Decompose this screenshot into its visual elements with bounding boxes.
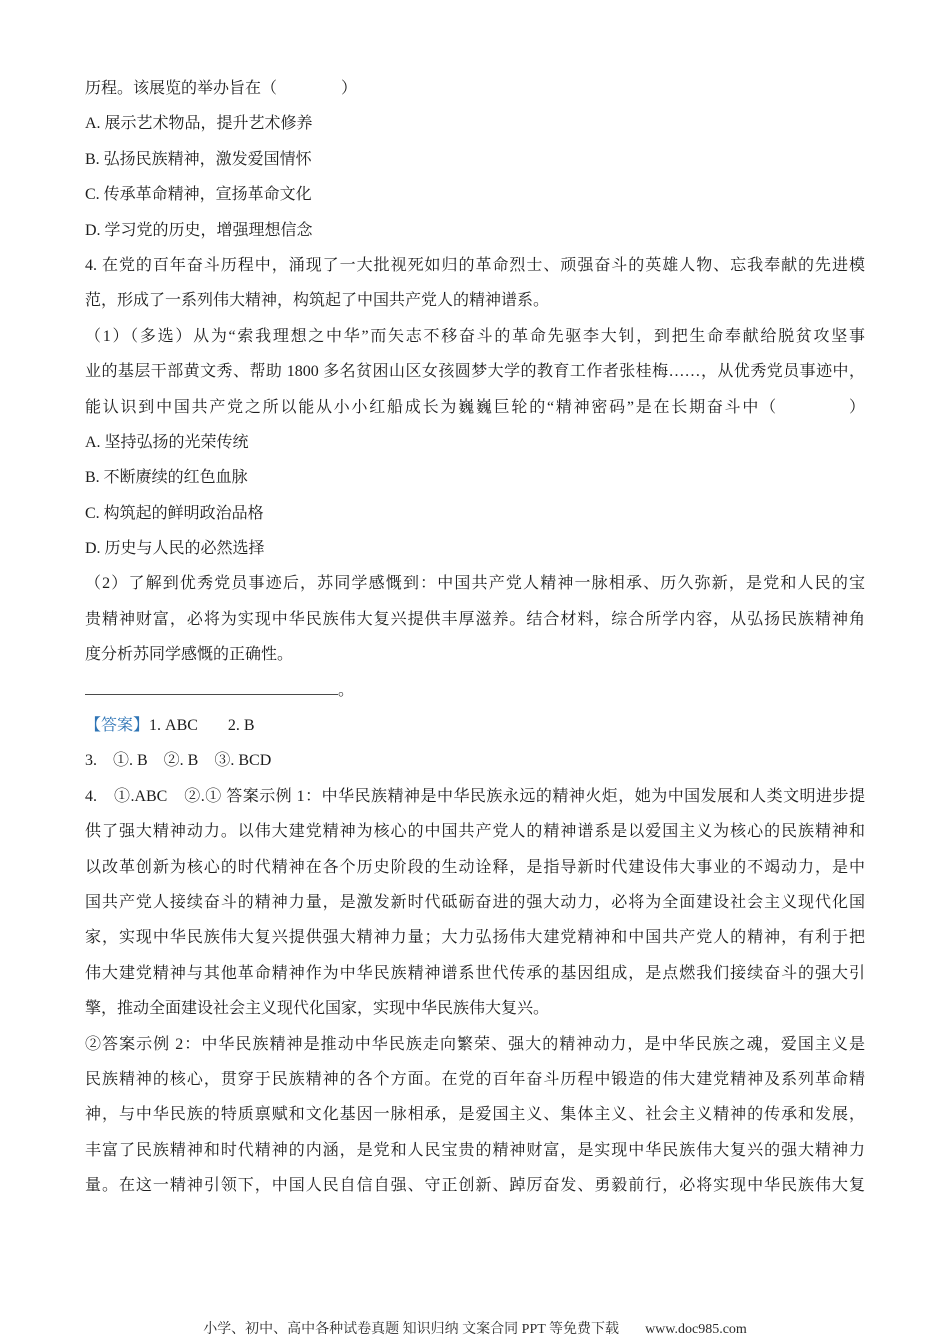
- answers-q4-line: 丰富了民族精神和时代精神的内涵，是党和人民宝贵的精神财富，是实现中华民族伟大复兴…: [85, 1133, 865, 1168]
- q3-option-b: B. 弘扬民族精神，激发爱国情怀: [85, 142, 865, 177]
- answers-q4-line: 量。在这一精神引领下，中国人民自信自强、守正创新、踔厉奋发、勇毅前行，必将实现中…: [85, 1168, 865, 1203]
- answer-q2: 2. B: [228, 717, 255, 734]
- blank-period: 。: [338, 682, 354, 699]
- q3-option-c: C. 传承革命精神，宣扬革命文化: [85, 177, 865, 212]
- q3-option-a: A. 展示艺术物品，提升艺术修养: [85, 106, 865, 141]
- answers-q3: 3. ①. B ②. B ③. BCD: [85, 743, 865, 778]
- q4-part1-option-c: C. 构筑起的鲜明政治品格: [85, 496, 865, 531]
- answers-q4-line: 擎，推动全面建设社会主义现代化国家，实现中华民族伟大复兴。: [85, 991, 865, 1026]
- q4-stem-line: 4. 在党的百年奋斗历程中，涌现了一大批视死如归的革命烈士、顽强奋斗的英雄人物、…: [85, 248, 865, 283]
- answers-q4-line: 以改革创新为核心的时代精神在各个历史阶段的生动诠释，是指导新时代建设伟大事业的不…: [85, 850, 865, 885]
- page-footer: 小学、初中、高中各种试卷真题 知识归纳 文案合同 PPT 等免费下载www.do…: [0, 1318, 950, 1338]
- q4-part1-option-b: B. 不断赓续的红色血脉: [85, 460, 865, 495]
- answer-blank-line: 。: [85, 673, 865, 708]
- footer-site-link[interactable]: www.doc985.com: [645, 1322, 747, 1337]
- answers-q4-line: 家，实现中华民族伟大复兴提供强大精神力量；大力弘扬伟大建党精神和中国共产党人的精…: [85, 920, 865, 955]
- document-content: 历程。该展览的举办旨在（ ） A. 展示艺术物品，提升艺术修养 B. 弘扬民族精…: [85, 71, 865, 1204]
- q4-part2-line: 贵精神财富，必将为实现中华民族伟大复兴提供丰厚滋养。结合材料，综合所学内容，从弘…: [85, 602, 865, 637]
- q4-part2-line: （2）了解到优秀党员事迹后，苏同学感慨到：中国共产党人精神一脉相承、历久弥新，是…: [85, 566, 865, 601]
- q4-part1-line: 业的基层干部黄文秀、帮助 1800 多名贫困山区女孩圆梦大学的教育工作者张桂梅……: [85, 354, 865, 389]
- answers-q4-line: 神，与中华民族的特质禀赋和文化基因一脉相承，是爱国主义、集体主义、社会主义精神的…: [85, 1097, 865, 1132]
- answers-q4-line: 民族精神的核心，贯穿于民族精神的各个方面。在党的百年奋斗历程中锻造的伟大建党精神…: [85, 1062, 865, 1097]
- answer-q1: 1. ABC: [149, 717, 198, 734]
- answers-q4-line: 供了强大精神动力。以伟大建党精神为核心的中国共产党人的精神谱系是以爱国主义为核心…: [85, 814, 865, 849]
- q4-part1-option-a: A. 坚持弘扬的光荣传统: [85, 425, 865, 460]
- q4-stem-line: 范，形成了一系列伟大精神，构筑起了中国共产党人的精神谱系。: [85, 283, 865, 318]
- footer-text: 小学、初中、高中各种试卷真题 知识归纳 文案合同 PPT 等免费下载: [203, 1322, 619, 1337]
- q4-part2-line: 度分析苏同学感慨的正确性。: [85, 637, 865, 672]
- answers-q4-line: 伟大建党精神与其他革命精神作为中华民族精神谱系世代传承的基因组成，是点燃我们接续…: [85, 956, 865, 991]
- answer-label: 【答案】: [85, 717, 149, 734]
- document-page: 历程。该展览的举办旨在（ ） A. 展示艺术物品，提升艺术修养 B. 弘扬民族精…: [0, 0, 950, 1344]
- q4-part1-option-d: D. 历史与人民的必然选择: [85, 531, 865, 566]
- answers-q4-line: 4. ①.ABC ②.① 答案示例 1：中华民族精神是中华民族永远的精神火炬，她…: [85, 779, 865, 814]
- answers-q4-line: ②答案示例 2：中华民族精神是推动中华民族走向繁荣、强大的精神动力，是中华民族之…: [85, 1027, 865, 1062]
- q4-part1-line: 能认识到中国共产党之所以能从小小红船成长为巍巍巨轮的“精神密码”是在长期奋斗中（…: [85, 390, 865, 425]
- fill-blank-underline: [85, 679, 338, 695]
- q3-stem-tail: 历程。该展览的举办旨在（ ）: [85, 71, 865, 106]
- q4-part1-line: （1）（多选）从为“索我理想之中华”而矢志不移奋斗的革命先驱李大钊，到把生命奉献…: [85, 319, 865, 354]
- answers-line-1: 【答案】1. ABC2. B: [85, 708, 865, 743]
- answers-q4-line: 国共产党人接续奋斗的精神力量，是激发新时代砥砺奋进的强大动力，必将为全面建设社会…: [85, 885, 865, 920]
- q3-option-d: D. 学习党的历史，增强理想信念: [85, 213, 865, 248]
